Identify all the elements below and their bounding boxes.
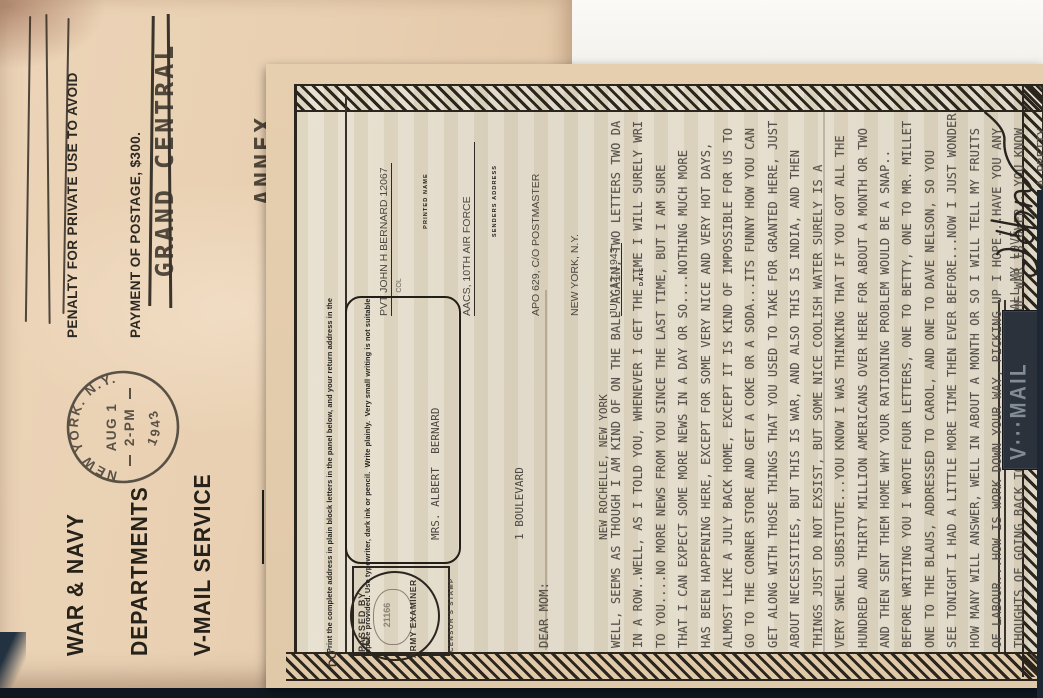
- sender-block: PVT JOHN H BERNARD 12067 COL PRINTED NAM…: [352, 100, 456, 316]
- censor-letter-u: U: [358, 622, 374, 646]
- instructions-line-1: Print the complete address in plain bloc…: [324, 109, 337, 653]
- photograph-of-vmail-letter-and-envelope: PENALTY FOR PRIVATE USE TO AVOID PAYMENT…: [0, 0, 1043, 698]
- sender-name-label: PRINTED NAME: [420, 100, 433, 302]
- dept-line-1: WAR & NAVY: [62, 478, 90, 656]
- sender-name-note: COL: [396, 278, 403, 292]
- form-border-left: [294, 84, 297, 654]
- recipient-address: MRS. ALBERT BERNARD 1 BOULEVARD NEW ROCH…: [366, 318, 450, 540]
- recipient-line-1: MRS. ALBERT BERNARD: [422, 318, 450, 540]
- department-imprint: WAR & NAVY DEPARTMENTS V-MAIL SERVICE OF…: [26, 462, 188, 692]
- form-instructions: Print the complete address in plain bloc…: [299, 109, 343, 653]
- censor-number: 21166: [382, 594, 402, 636]
- dept-rule: [262, 490, 264, 564]
- grand-central-annex-stamp: GRAND CENTRAL ANNEX: [82, 14, 148, 306]
- dept-line-2: DEPARTMENTS: [126, 478, 154, 656]
- postmark-year: 1943: [144, 406, 164, 448]
- dept-line-3: V-MAIL SERVICE: [189, 478, 217, 656]
- form-corner-mark: DO: [327, 643, 341, 667]
- vmail-logo: V···MAIL: [1007, 310, 1037, 460]
- censor-examiner: ARMY EXAMINER: [408, 572, 421, 658]
- envelope-corner-shadow: [0, 632, 26, 688]
- letter-body: DEAR MOM: WELL, SEEMS AS THOUGH I AM KIN…: [488, 108, 1008, 648]
- background-edge: [1037, 190, 1043, 698]
- paper-crease: [545, 290, 547, 650]
- censor-stamp-label: CENSOR'S STAMP: [448, 578, 457, 652]
- paper-crease: [823, 112, 825, 652]
- svg-text:1943: 1943: [144, 406, 164, 448]
- postmark-date: AUG 1: [104, 403, 119, 452]
- signature-john: [977, 104, 1043, 285]
- sender-name: PVT JOHN H BERNARD 12067: [378, 167, 390, 316]
- sender-unit: AACS, 10TH AIR FORCE: [461, 196, 473, 316]
- postmark-time: 2-PM: [122, 408, 137, 446]
- signature: [986, 106, 1042, 282]
